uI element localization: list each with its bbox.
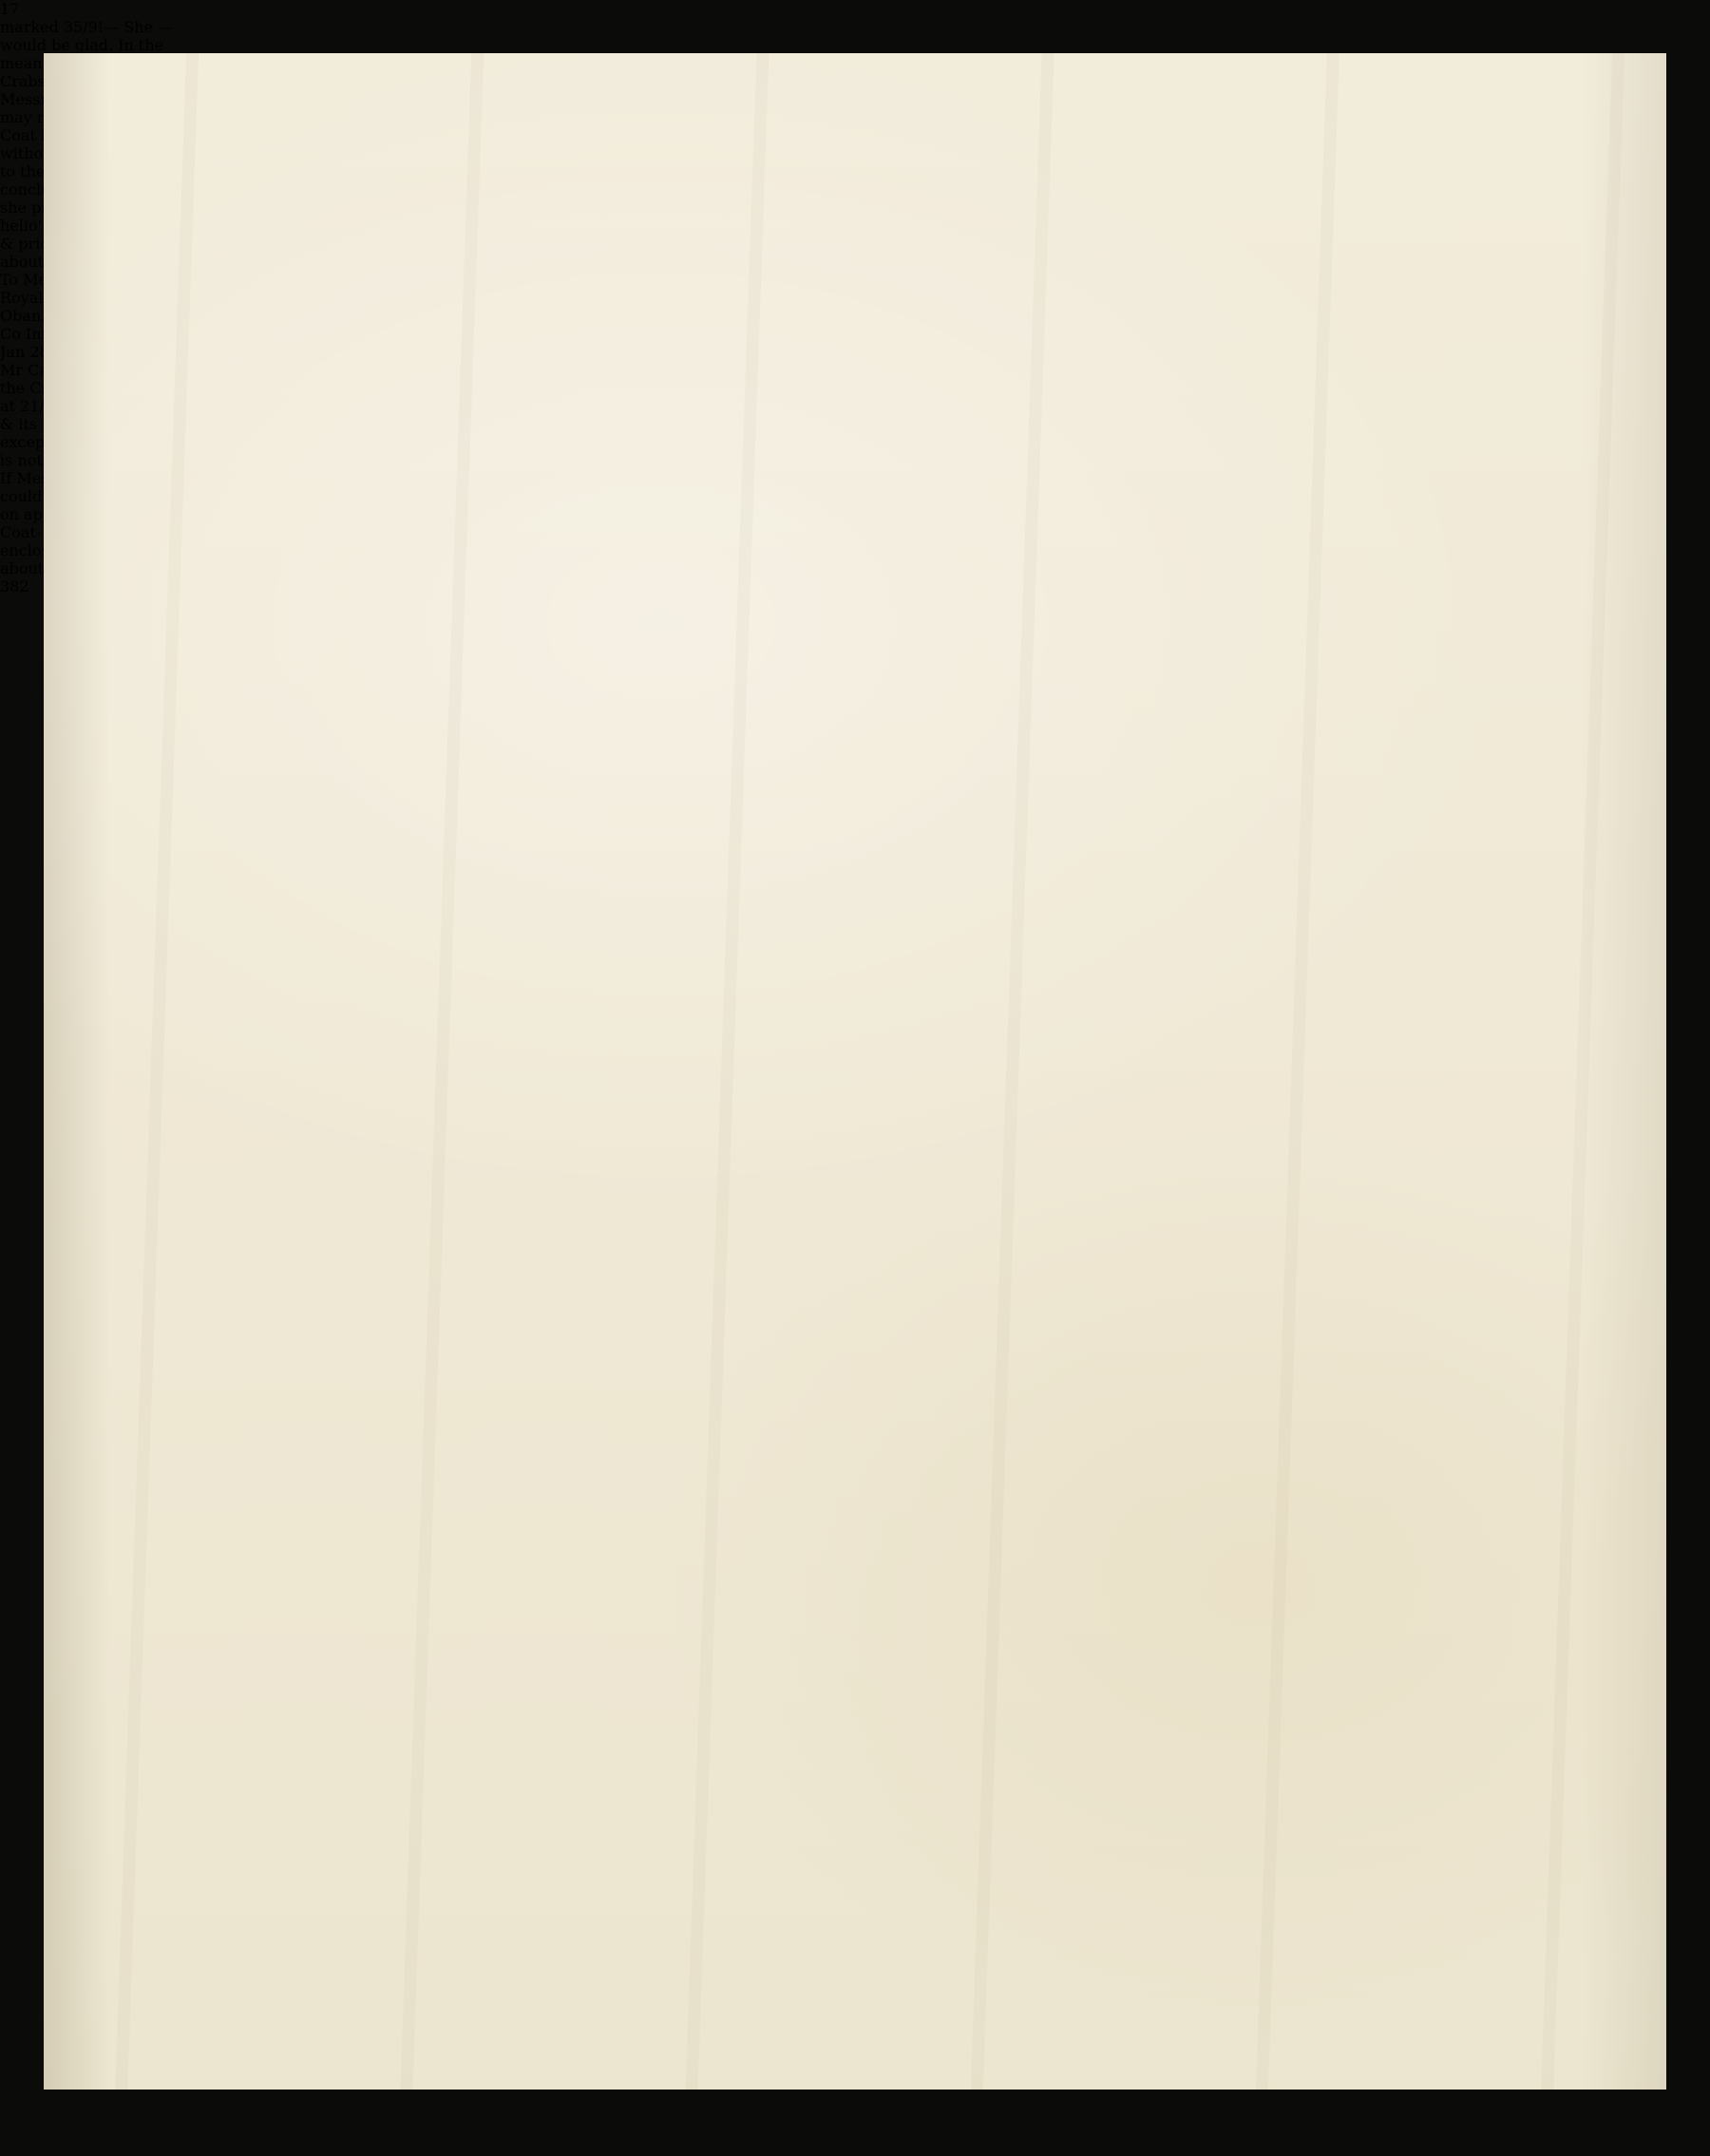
paper-stain xyxy=(787,1542,811,1563)
letter-number: 17 xyxy=(0,0,1710,18)
hand-line: marked 35/9!— She — xyxy=(0,18,1710,36)
paper-stain xyxy=(1478,277,1501,296)
hand-line: would be glad. In the xyxy=(0,36,1710,54)
paper-crease-texture xyxy=(44,53,1666,2090)
paper-stain xyxy=(952,1128,971,1145)
paper-stain xyxy=(513,1881,534,1898)
scanned-letterbook-photo: 17 marked 35/9!— She —would be glad. In … xyxy=(0,0,1710,2156)
